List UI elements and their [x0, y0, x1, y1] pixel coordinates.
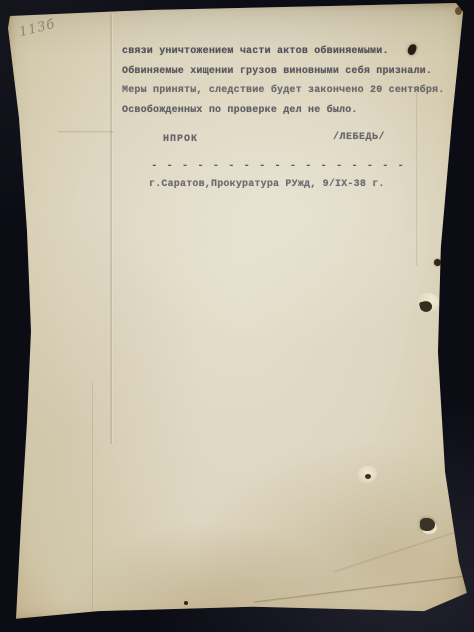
paper-crease-diagonal [333, 525, 474, 573]
paper-edge-tear [9, 261, 20, 265]
paper-edge-tear [8, 308, 17, 311]
paper-crease-vertical [92, 382, 94, 617]
signature-title: НПРОК [163, 134, 198, 145]
paper-edge-tear [16, 274, 24, 278]
paper-crease-vertical [110, 14, 113, 444]
place-date-line: г.Саратов,Прокуратура РУжд, 9/IX-38 г. [149, 179, 385, 190]
paper-crease-horizontal [58, 131, 114, 133]
archive-photo: 113б связи уничтожением части актов обви… [0, 0, 474, 632]
typed-line: Меры приняты, следствие будет закончено … [122, 81, 462, 101]
dashed-separator: - - - - - - - - - - - - - - - - - [151, 160, 405, 172]
typed-line: связи уничтожением части актов обвиняемы… [122, 42, 462, 62]
paper-hole [434, 259, 441, 266]
typed-text-block: связи уничтожением части актов обвиняемы… [122, 42, 462, 120]
paper-speck [184, 601, 188, 605]
paper-crease-diagonal [254, 574, 474, 603]
paper-sheet: 113б связи уничтожением части актов обви… [0, 0, 474, 632]
typed-line: Освобожденных по проверке дел не было. [122, 101, 462, 121]
paper-stain [455, 7, 462, 15]
paper-tear-shadow [365, 474, 371, 479]
signature-name: /ЛЕБЕДЬ/ [333, 132, 385, 143]
typed-line: Обвиняемые хищении грузов виновными себя… [122, 62, 462, 82]
paper-hole [420, 518, 435, 531]
handwritten-page-number: 113б [18, 17, 57, 40]
